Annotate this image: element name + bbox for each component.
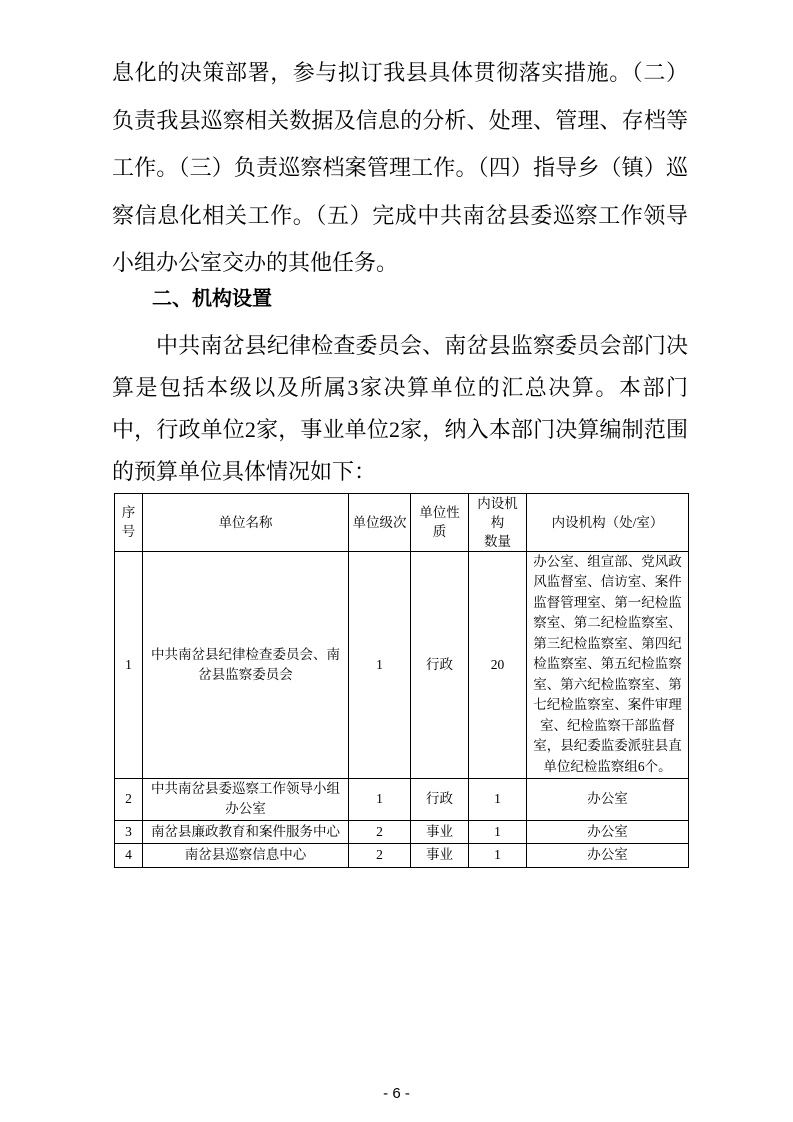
table-cell: 办公室、组宣部、党风政风监督室、信访室、案件监督管理室、第一纪检监察室、第二纪检… (527, 551, 689, 778)
page-number: - 6 - (0, 1085, 793, 1102)
table-row: 1中共南岔县纪律检查委员会、南岔县监察委员会1行政20办公室、组宣部、党风政风监… (115, 551, 689, 778)
table-cell: 南岔县巡察信息中心 (143, 843, 349, 867)
table-cell: 办公室 (527, 820, 689, 843)
table-cell: 办公室 (527, 778, 689, 820)
table-header-row: 序号 单位名称 单位级次 单位性质 内设机构 数量 内设机构（处/室） (115, 493, 689, 551)
table-row: 4南岔县巡察信息中心2事业1办公室 (115, 843, 689, 867)
table-row: 2中共南岔县委巡察工作领导小组办公室1行政1办公室 (115, 778, 689, 820)
header-unit-name: 单位名称 (143, 493, 349, 551)
table-cell: 事业 (411, 843, 469, 867)
table-cell: 南岔县廉政教育和案件服务中心 (143, 820, 349, 843)
table-cell: 办公室 (527, 843, 689, 867)
table-row: 3南岔县廉政教育和案件服务中心2事业1办公室 (115, 820, 689, 843)
table-cell: 1 (349, 778, 411, 820)
table-cell: 4 (115, 843, 143, 867)
page-content: 息化的决策部署，参与拟订我县具体贯彻落实措施。（二）负责我县巡察相关数据及信息的… (0, 0, 793, 868)
table-cell: 1 (115, 551, 143, 778)
body-paragraph-1: 息化的决策部署，参与拟订我县具体贯彻落实措施。（二）负责我县巡察相关数据及信息的… (112, 49, 688, 287)
document-page: 息化的决策部署，参与拟订我县具体贯彻落实措施。（二）负责我县巡察相关数据及信息的… (0, 0, 793, 1122)
table-cell: 2 (349, 820, 411, 843)
table-cell: 1 (469, 778, 527, 820)
table-cell: 1 (349, 551, 411, 778)
org-structure-table: 序号 单位名称 单位级次 单位性质 内设机构 数量 内设机构（处/室） 1中共南… (114, 493, 689, 868)
table-cell: 事业 (411, 820, 469, 843)
table-cell: 20 (469, 551, 527, 778)
section-heading: 二、机构设置 (112, 287, 688, 311)
table-cell: 2 (349, 843, 411, 867)
header-serial-number: 序号 (115, 493, 143, 551)
header-internal-org-count: 内设机构 数量 (469, 493, 527, 551)
table-cell: 行政 (411, 551, 469, 778)
table-body: 1中共南岔县纪律检查委员会、南岔县监察委员会1行政20办公室、组宣部、党风政风监… (115, 551, 689, 867)
table-cell: 中共南岔县委巡察工作领导小组办公室 (143, 778, 349, 820)
header-internal-orgs: 内设机构（处/室） (527, 493, 689, 551)
table-cell: 1 (469, 820, 527, 843)
body-paragraph-2: 中共南岔县纪律检查委员会、南岔县监察委员会部门决算是包括本级以及所属3家决算单位… (112, 325, 688, 493)
table-cell: 2 (115, 778, 143, 820)
table-cell: 中共南岔县纪律检查委员会、南岔县监察委员会 (143, 551, 349, 778)
header-unit-type: 单位性质 (411, 493, 469, 551)
table-cell: 3 (115, 820, 143, 843)
table-cell: 行政 (411, 778, 469, 820)
header-unit-level: 单位级次 (349, 493, 411, 551)
table-cell: 1 (469, 843, 527, 867)
